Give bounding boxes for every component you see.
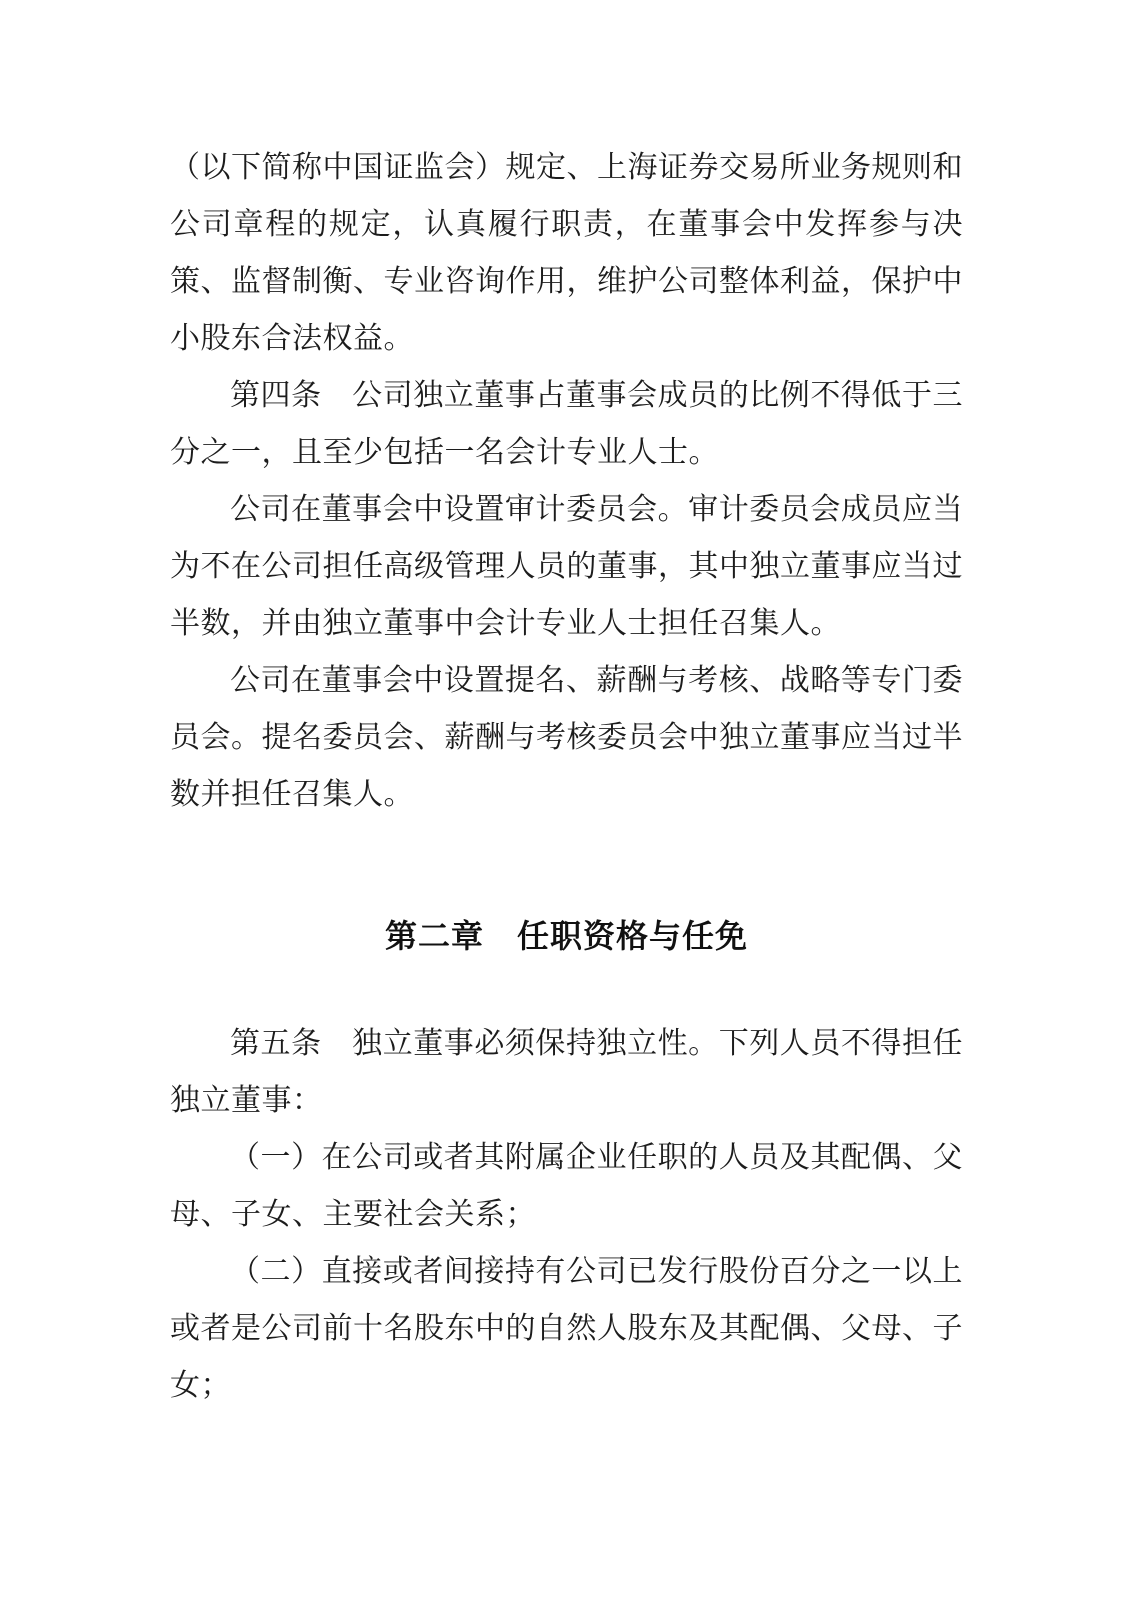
paragraph-special-committees: 公司在董事会中设置提名、薪酬与考核、战略等专门委员会。提名委员会、薪酬与考核委员… [170,652,963,823]
paragraph-article-5-item-1: （一）在公司或者其附属企业任职的人员及其配偶、父母、子女、主要社会关系； [170,1129,963,1243]
chapter-2-heading: 第二章 任职资格与任免 [170,908,963,965]
document-page: （以下简称中国证监会）规定、上海证券交易所业务规则和公司章程的规定，认真履行职责… [0,0,1131,1600]
paragraph-article-4: 第四条 公司独立董事占董事会成员的比例不得低于三分之一，且至少包括一名会计专业人… [170,367,963,481]
paragraph-continuation-csrc-rules: （以下简称中国证监会）规定、上海证券交易所业务规则和公司章程的规定，认真履行职责… [170,139,963,367]
paragraph-article-5: 第五条 独立董事必须保持独立性。下列人员不得担任独立董事： [170,1015,963,1129]
paragraph-article-5-item-2: （二）直接或者间接持有公司已发行股份百分之一以上或者是公司前十名股东中的自然人股… [170,1243,963,1414]
paragraph-audit-committee: 公司在董事会中设置审计委员会。审计委员会成员应当为不在公司担任高级管理人员的董事… [170,481,963,652]
document-body: （以下简称中国证监会）规定、上海证券交易所业务规则和公司章程的规定，认真履行职责… [170,139,963,1414]
